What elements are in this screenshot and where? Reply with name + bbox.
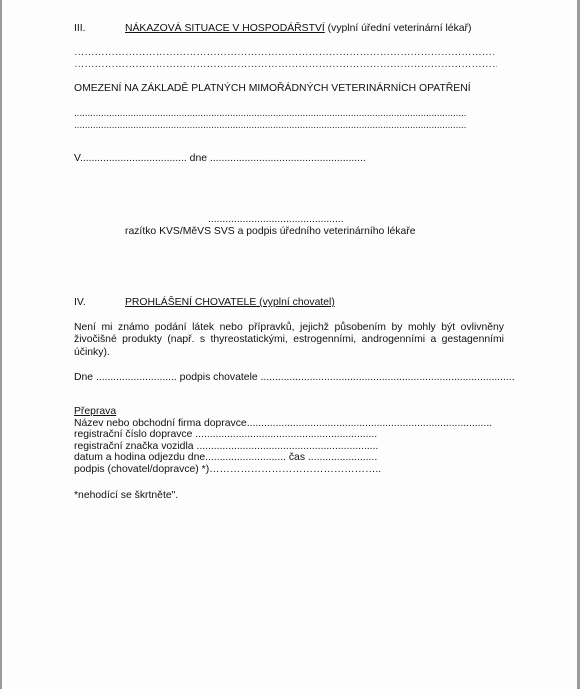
section-4-title: PROHLÁŠENÍ CHOVATELE (vyplní chovatel) bbox=[125, 297, 335, 309]
vehicle-plate-line[interactable]: registrační značka vozidla .............… bbox=[74, 441, 492, 453]
section-3-title: NÁKAZOVÁ SITUACE V HOSPODÁŘSTVÍ bbox=[125, 23, 325, 34]
section-4-number: IV. bbox=[74, 297, 86, 309]
transport-heading: Přeprava bbox=[74, 406, 492, 418]
stamp-caption: razítko KVS/MěVS SVS a podpis úředního v… bbox=[125, 226, 416, 238]
place-date-line[interactable]: V..................................... d… bbox=[74, 153, 366, 165]
breeder-declaration: Není mi známo podání látek nebo přípravk… bbox=[74, 322, 504, 359]
fill-line-2[interactable]: …………………………………………………………………………………………………………… bbox=[74, 59, 497, 71]
departure-datetime-line[interactable]: datum a hodina odjezdu dne..............… bbox=[74, 452, 492, 464]
carrier-name-line[interactable]: Název nebo obchodní firma dopravce......… bbox=[74, 418, 492, 430]
section-3-heading: NÁKAZOVÁ SITUACE V HOSPODÁŘSTVÍ (vyplní … bbox=[125, 23, 471, 35]
fill-line-4[interactable]: ........................................… bbox=[74, 120, 504, 132]
section-3-number: III. bbox=[74, 23, 86, 35]
transport-signature-line[interactable]: podpis (chovatel/dopravce) *)……………………………… bbox=[74, 464, 492, 476]
carrier-registration-line[interactable]: registrační číslo dopravce .............… bbox=[74, 429, 492, 441]
section-3-note: (vyplní úřední veterinární lékař) bbox=[325, 23, 472, 34]
restriction-heading: OMEZENÍ NA ZÁKLADĚ PLATNÝCH MIMOŘÁDNÝCH … bbox=[74, 83, 471, 95]
fill-line-3[interactable]: ........................................… bbox=[74, 108, 504, 120]
document-page: III. NÁKAZOVÁ SITUACE V HOSPODÁŘSTVÍ (vy… bbox=[0, 0, 580, 689]
transport-block: Přeprava Název nebo obchodní firma dopra… bbox=[74, 406, 492, 476]
stamp-signature-line[interactable]: ........................................… bbox=[208, 214, 344, 226]
breeder-signature-line[interactable]: Dne ............................ podpis … bbox=[74, 372, 515, 384]
fill-line-1[interactable]: …………………………………………………………………………………………………………… bbox=[74, 47, 494, 59]
footnote: *nehodící se škrtněte". bbox=[74, 490, 178, 502]
